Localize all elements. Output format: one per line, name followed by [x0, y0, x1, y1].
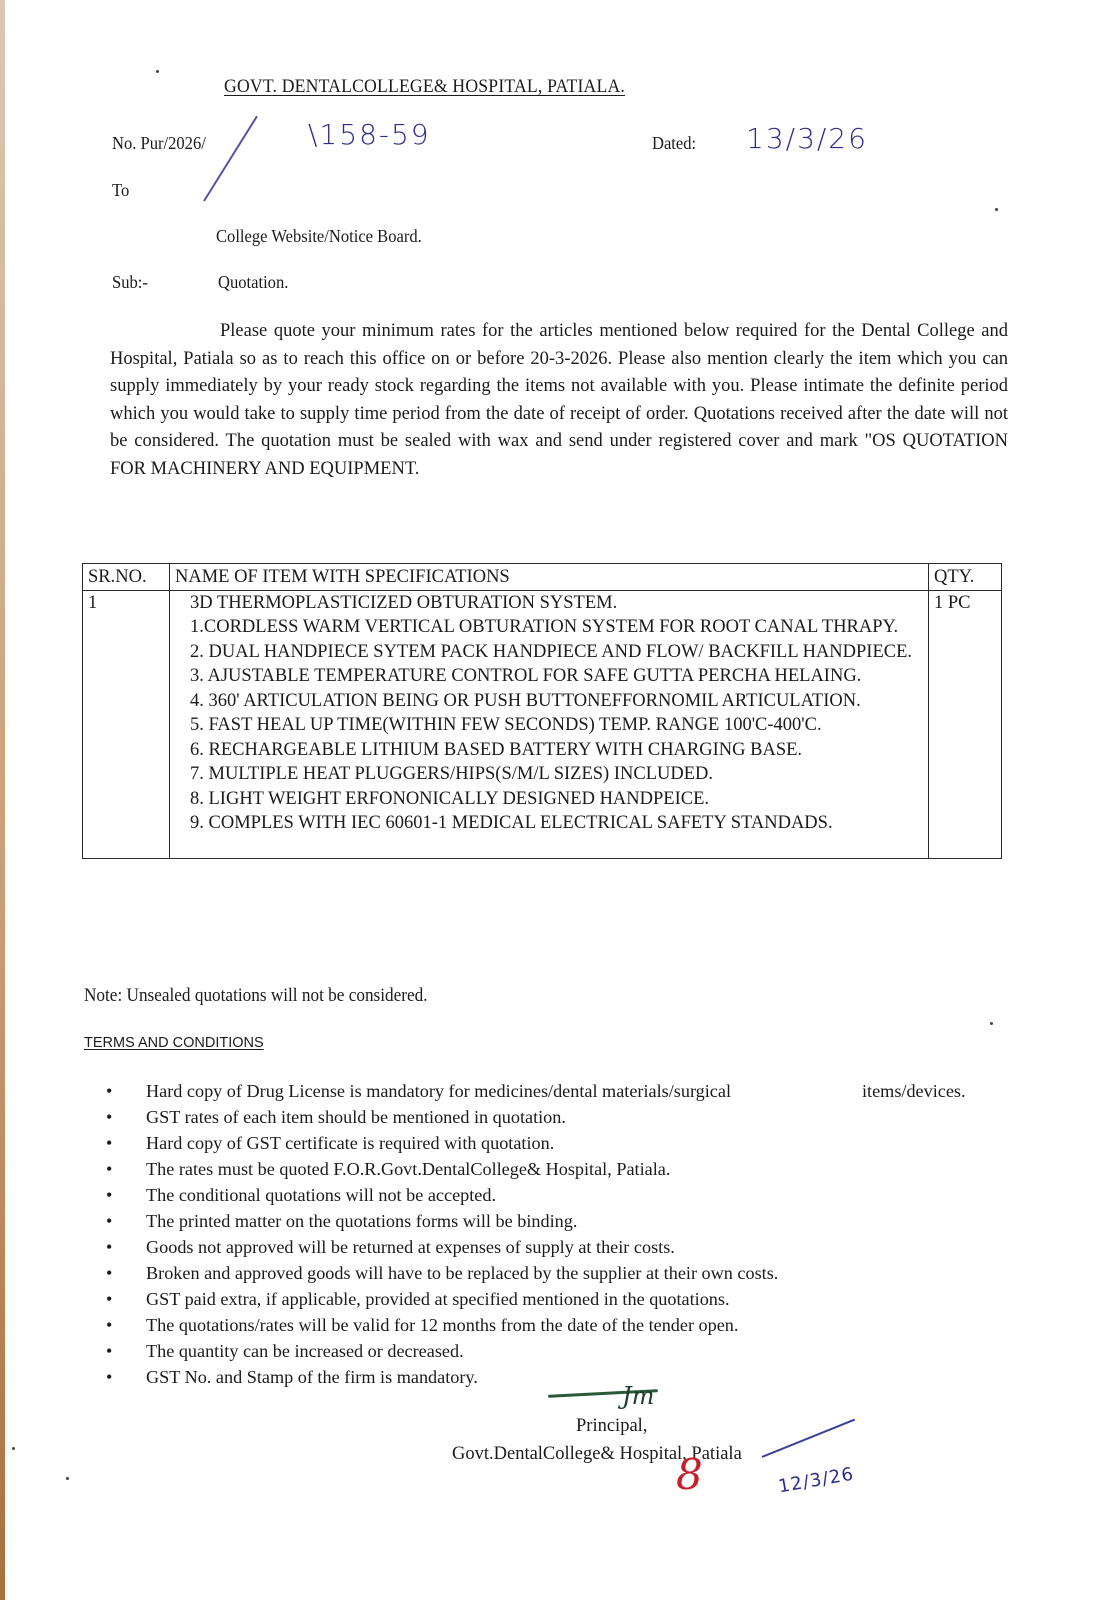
institution-title: GOVT. DENTALCOLLEGE& HOSPITAL, PATIALA. [224, 76, 625, 98]
spec-item: 2. DUAL HANDPIECE SYTEM PACK HANDPIECE A… [190, 640, 922, 665]
to-label: To [112, 180, 129, 201]
dated-label: Dated: [652, 133, 696, 154]
spec-item: 3. AJUSTABLE TEMPERATURE CONTROL FOR SAF… [190, 664, 922, 689]
terms-list: Hard copy of Drug License is mandatory f… [96, 1078, 996, 1390]
subject: Quotation. [218, 272, 288, 293]
spec-item: 6. RECHARGEABLE LITHIUM BASED BATTERY WI… [190, 738, 922, 763]
cell-specifications: 3D THERMOPLASTICIZED OBTURATION SYSTEM. … [170, 590, 929, 858]
term-item: Goods not approved will be returned at e… [96, 1234, 996, 1260]
scan-speck [995, 208, 998, 211]
red-ink-mark: 8 [676, 1450, 703, 1499]
scan-edge [0, 0, 5, 1600]
terms-heading: TERMS AND CONDITIONS [84, 1035, 264, 1051]
note: Note: Unsealed quotations will not be co… [84, 986, 428, 1007]
checkmark-icon [203, 116, 258, 202]
term-item: The quantity can be increased or decreas… [96, 1338, 996, 1364]
item-title: 3D THERMOPLASTICIZED OBTURATION SYSTEM. [190, 591, 922, 616]
signatory-designation: Principal, [576, 1416, 647, 1437]
spec-item: 5. FAST HEAL UP TIME(WITHIN FEW SECONDS)… [190, 713, 922, 738]
spec-item: 1.CORDLESS WARM VERTICAL OBTURATION SYST… [190, 615, 922, 640]
spec-item: 7. MULTIPLE HEAT PLUGGERS/HIPS(S/M/L SIZ… [190, 762, 922, 787]
spec-item: 9. COMPLES WITH IEC 60601-1 MEDICAL ELEC… [190, 811, 922, 836]
subject-label: Sub:- [112, 272, 148, 293]
initial-stroke [762, 1419, 855, 1458]
term-item: Broken and approved goods will have to b… [96, 1260, 996, 1286]
header-qty: QTY. [929, 564, 1002, 591]
spec-item: 4. 360' ARTICULATION BEING OR PUSH BUTTO… [190, 689, 922, 714]
term-item: The quotations/rates will be valid for 1… [96, 1312, 996, 1338]
term-text: Hard copy of Drug License is mandatory f… [146, 1081, 731, 1101]
term-item: Hard copy of Drug License is mandatory f… [96, 1078, 996, 1104]
reference-number-handwritten: \158-59 [308, 118, 431, 151]
signature-scribble: Jm [622, 1382, 654, 1410]
scan-speck [12, 1447, 15, 1450]
table-header-row: SR.NO. NAME OF ITEM WITH SPECIFICATIONS … [83, 564, 1002, 591]
term-item: The printed matter on the quotations for… [96, 1208, 996, 1234]
cell-qty: 1 PC [929, 590, 1002, 858]
spec-item: 8. LIGHT WEIGHT ERFONONICALLY DESIGNED H… [190, 787, 922, 812]
table-row: 1 3D THERMOPLASTICIZED OBTURATION SYSTEM… [83, 590, 1002, 858]
initial-date-handwritten: 12/3/26 [777, 1464, 856, 1498]
reference-label: No. Pur/2026/ [112, 133, 206, 154]
term-item: The rates must be quoted F.O.R.Govt.Dent… [96, 1156, 996, 1182]
recipient: College Website/Notice Board. [216, 226, 422, 247]
term-item: GST paid extra, if applicable, provided … [96, 1286, 996, 1312]
scan-speck [156, 70, 159, 73]
scan-speck [66, 1477, 69, 1480]
instructions-paragraph: Please quote your minimum rates for the … [110, 318, 1008, 483]
term-item: The conditional quotations will not be a… [96, 1182, 996, 1208]
term-text-tail: items/devices. [862, 1078, 966, 1104]
term-item: GST No. and Stamp of the firm is mandato… [96, 1364, 996, 1390]
cell-sr-no: 1 [83, 590, 170, 858]
header-sr-no: SR.NO. [83, 564, 170, 591]
header-item-name: NAME OF ITEM WITH SPECIFICATIONS [170, 564, 929, 591]
scan-speck [990, 1022, 993, 1025]
items-table: SR.NO. NAME OF ITEM WITH SPECIFICATIONS … [82, 563, 1002, 859]
date-handwritten: 13/3/26 [746, 122, 868, 155]
term-item: Hard copy of GST certificate is required… [96, 1130, 996, 1156]
term-item: GST rates of each item should be mention… [96, 1104, 996, 1130]
